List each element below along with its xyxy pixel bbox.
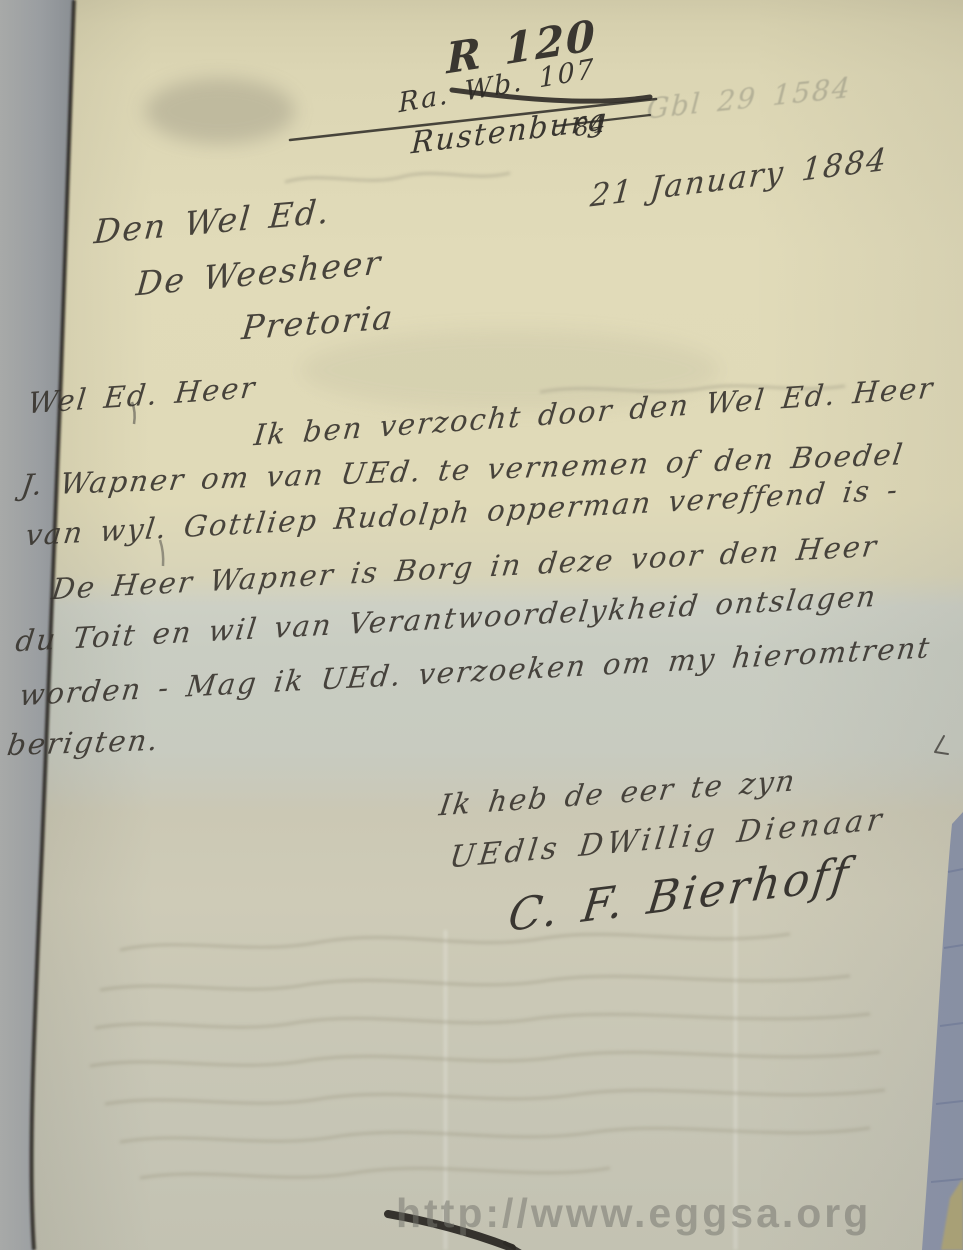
corner-paper-patch	[941, 1178, 963, 1250]
watermark-url: http://www.eggsa.org	[396, 1190, 871, 1237]
ink-smudge	[145, 78, 295, 144]
pencil-annotation: Gbl 29 1584	[646, 70, 853, 125]
address-line-2: De Weesheer	[135, 242, 384, 303]
address-line-1: Den Wel Ed.	[93, 191, 333, 251]
letter-date: 21 January 1884	[589, 141, 890, 214]
address-line-3: Pretoria	[240, 297, 396, 347]
salutation: Wel Ed. Heer	[26, 370, 258, 420]
scanned-letter-page: R 120 Ra. Wb. 107 84 Rustenburg Gbl 29 1…	[0, 0, 963, 1250]
body-line-7: berigten.	[5, 723, 162, 762]
margin-mark	[935, 736, 948, 754]
right-lined-page-strip	[922, 812, 963, 1250]
bottom-pen-stroke-tail	[505, 1243, 530, 1250]
